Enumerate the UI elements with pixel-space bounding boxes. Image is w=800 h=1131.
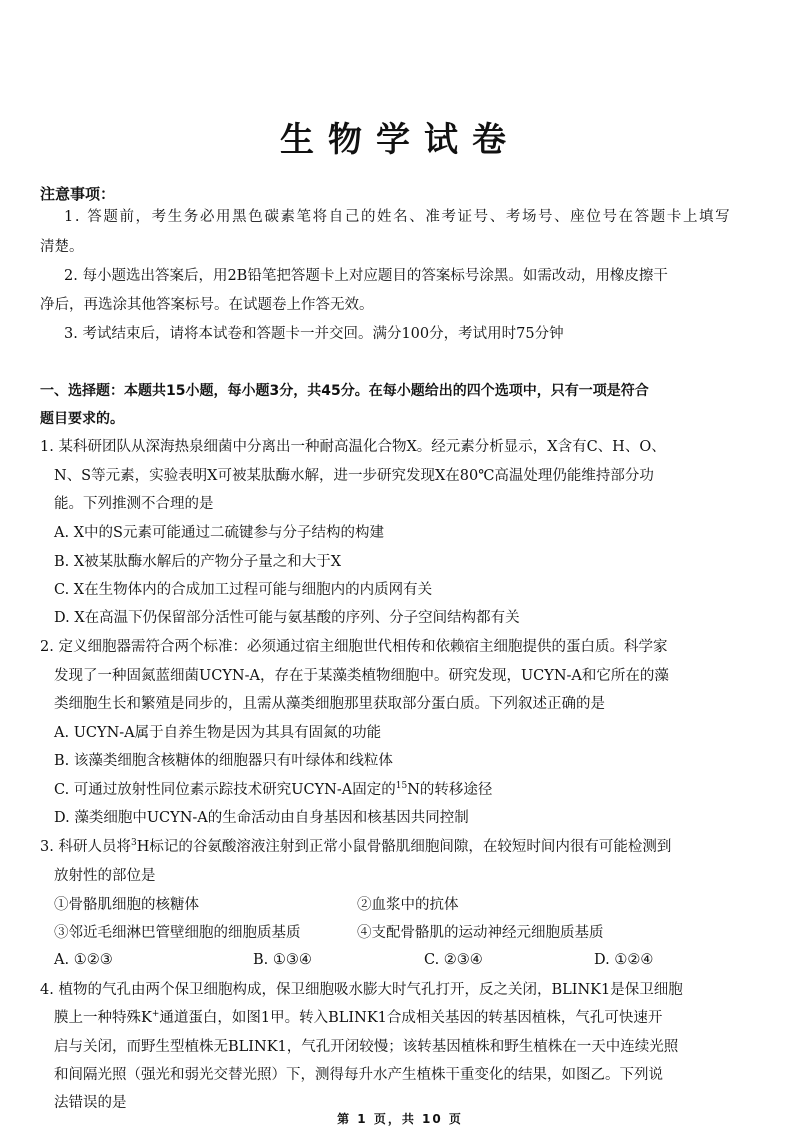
question-1-stem: 1. 某科研团队从深海热泉细菌中分离出一种耐高温化合物X。经元素分析显示，X含有…: [40, 438, 666, 456]
question-3-stem-2: 放射性的部位是: [54, 867, 156, 885]
page-title: 生物学试卷: [0, 112, 800, 161]
notice-item-2-cont: 净后，再选涂其他答案标号。在试题卷上作答无效。: [40, 296, 374, 314]
question-1-stem-3: 能。下列推测不合理的是: [54, 495, 214, 513]
isotope-superscript: 15: [396, 781, 407, 791]
question-2-stem-2: 发现了一种固氮蓝细菌UCYN-A，存在于某藻类植物细胞中。研究发现，UCYN-A…: [54, 667, 669, 685]
question-2-stem-3: 类细胞生长和繁殖是同步的，且需从藻类细胞那里获取部分蛋白质。下列叙述正确的是: [54, 695, 605, 713]
question-3-item-3: ③邻近毛细淋巴管壁细胞的细胞质基质: [54, 924, 301, 942]
question-3-stem: 3. 科研人员将3H标记的谷氨酸溶液注射到正常小鼠骨骼肌细胞间隙，在较短时间内很…: [40, 838, 671, 856]
question-4-stem-3: 启与关闭，而野生型植株无BLINK1，气孔开闭较慢；该转基因植株和野生植株在一天…: [54, 1038, 678, 1056]
question-4-stem-2: 膜上一种特殊K+通道蛋白，如图1甲。转入BLINK1合成相关基因的转基因植株，气…: [54, 1009, 662, 1027]
question-4-stem-4: 和间隔光照（强光和弱光交替光照）下，测得每升水产生植株干重变化的结果，如图乙。下…: [54, 1066, 663, 1084]
question-3-option-d: D. ①②④: [594, 952, 653, 968]
notice-item-1: 1. 答题前，考生务必用黑色碳素笔将自己的姓名、准考证号、考场号、座位号在答题卡…: [64, 208, 731, 226]
notice-item-2: 2. 每小题选出答案后，用2B铅笔把答题卡上对应题目的答案标号涂黑。如需改动，用…: [64, 267, 668, 285]
option-c-tail: N的转移途径: [407, 782, 492, 798]
notice-item-3: 3. 考试结束后，请将本试卷和答题卡一并交回。满分100分，考试用时75分钟: [64, 325, 564, 343]
question-1-stem-2: N、S等元素，实验表明X可被某肽酶水解，进一步研究发现X在80℃高温处理仍能维持…: [54, 467, 654, 485]
question-3-item-2: ②血浆中的抗体: [357, 896, 459, 914]
question-2-option-b: B. 该藻类细胞含核糖体的细胞器只有叶绿体和线粒体: [54, 752, 393, 770]
question-1-option-b: B. X被某肽酶水解后的产物分子量之和大于X: [54, 553, 341, 571]
question-2-option-c: C. 可通过放射性同位素示踪技术研究UCYN-A固定的15N的转移途径: [54, 781, 492, 799]
q3-text-post: H标记的谷氨酸溶液注射到正常小鼠骨骼肌细胞间隙，在较短时间内很有可能检测到: [137, 839, 672, 855]
option-c-text: C. 可通过放射性同位素示踪技术研究UCYN-A固定的: [54, 782, 396, 798]
question-3-option-b: B. ①③④: [253, 952, 312, 968]
q4-text-post: 通道蛋白，如图1甲。转入BLINK1合成相关基因的转基因植株，气孔可快速开: [159, 1010, 662, 1026]
question-4-stem: 4. 植物的气孔由两个保卫细胞构成，保卫细胞吸水膨大时气孔打开，反之关闭，BLI…: [40, 981, 683, 999]
q4-text-pre: 膜上一种特殊K: [54, 1010, 152, 1026]
question-3-option-c: C. ②③④: [424, 952, 483, 968]
question-3-item-4: ④支配骨骼肌的运动神经元细胞质基质: [357, 924, 604, 942]
question-1-option-a: A. X中的S元素可能通过二硫键参与分子结构的构建: [54, 524, 384, 542]
section-heading-cont: 题目要求的。: [40, 410, 124, 428]
question-3-option-a: A. ①②③: [54, 952, 113, 968]
question-2-option-d: D. 藻类细胞中UCYN-A的生命活动由自身基因和核基因共同控制: [54, 809, 469, 827]
question-1-option-c: C. X在生物体内的合成加工过程可能与细胞内的内质网有关: [54, 581, 432, 599]
notice-item-1-cont: 清楚。: [40, 238, 84, 256]
question-1-option-d: D. X在高温下仍保留部分活性可能与氨基酸的序列、分子空间结构都有关: [54, 609, 520, 627]
question-2-option-a: A. UCYN-A属于自养生物是因为其具有固氮的功能: [54, 724, 381, 742]
q3-text-pre: 3. 科研人员将: [40, 839, 131, 855]
question-3-item-1: ①骨骼肌细胞的核糖体: [54, 896, 199, 914]
notice-heading: 注意事项：: [40, 183, 115, 204]
section-heading: 一、选择题：本题共15小题，每小题3分，共45分。在每小题给出的四个选项中，只有…: [40, 382, 649, 400]
page-footer: 第 1 页，共 10 页: [0, 1110, 800, 1127]
question-2-stem: 2. 定义细胞器需符合两个标准：必须通过宿主细胞世代相传和依赖宿主细胞提供的蛋白…: [40, 638, 667, 656]
